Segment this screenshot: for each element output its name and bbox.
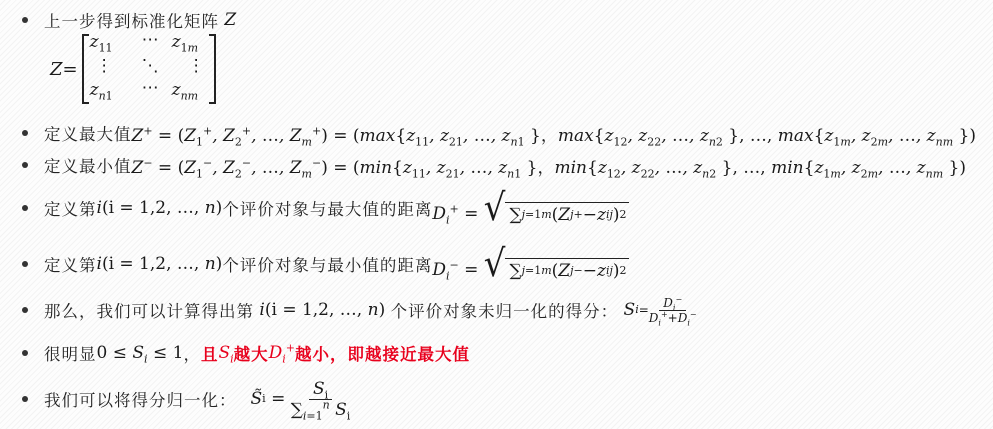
item-text: 上一步得到标准化矩阵 [44,8,219,32]
distance-max-formula: Di+ = √∑j=1m(Zj+ − zij)2 [432,191,628,225]
bullet-icon [22,261,28,267]
bullet-icon [22,350,28,356]
item-text: 定义最小值 [44,153,132,177]
matrix-label: Z= [50,59,78,80]
item-text: 定义最大值 [44,121,132,145]
raw-score-formula: Si= Di−Di++Di− [618,296,697,325]
distance-min-formula: Di− = √∑j=1m(Zj− − zij)2 [432,247,628,281]
math-Z: Z [219,10,236,30]
highlight-text: 且 Si 越大 Di+ 越小，即越接近最大值 [201,341,470,365]
max-formula: Z+ = (Z1+, Z2+, …, Zm+) = (max{z11, z21,… [132,121,976,146]
bullet-icon [22,307,28,313]
sqrt-icon: √∑j=1m(Zj+ − zij)2 [484,191,629,225]
bullet-icon [22,205,28,211]
bullet-icon [22,162,28,168]
matrix-body: z11 ⋯ z1m ⋮ ⋱ ⋮ zn1 ⋯ znm [82,34,216,104]
matrix-Z: Z= z11 ⋯ z1m ⋮ ⋱ ⋮ zn1 ⋯ znm [50,34,216,104]
min-formula: Z− = (Z1−, Z2−, …, Zm−) = (min{z11, z21,… [132,153,967,178]
bullet-icon [22,17,28,23]
bullet-icon [22,396,28,402]
sqrt-icon: √∑j=1m(Zj− − zij)2 [484,247,629,281]
bullet-icon [22,130,28,136]
normalized-score-formula: S̃i = Si∑i=1n Si [251,379,351,420]
